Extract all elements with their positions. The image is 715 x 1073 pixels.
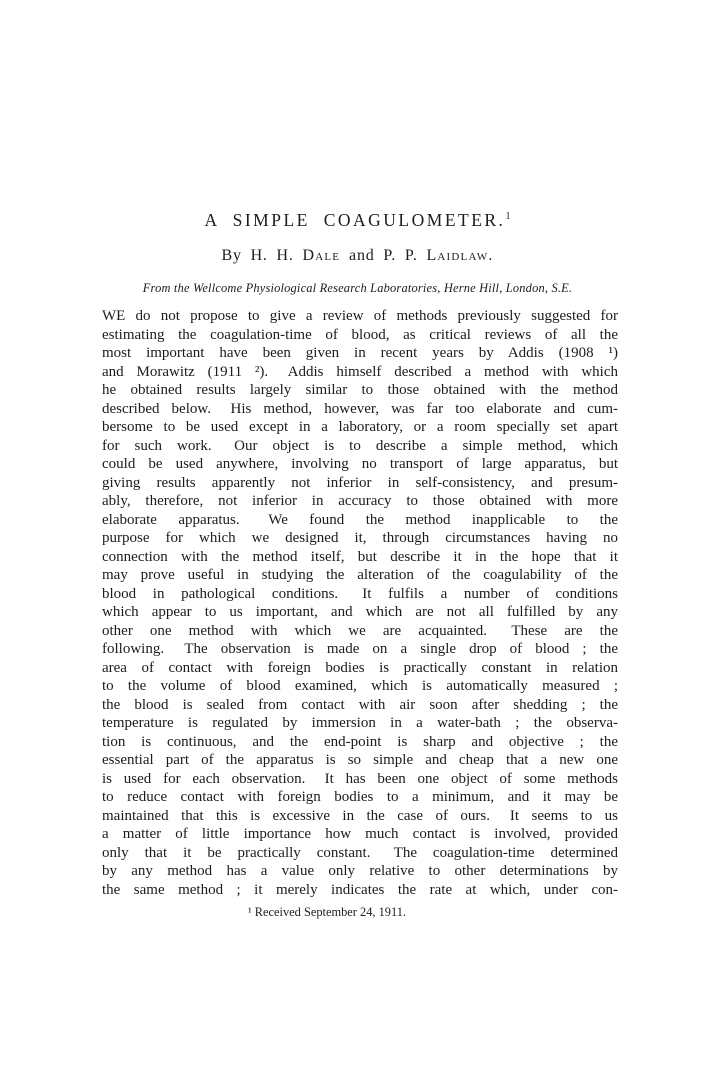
author-surname-1: Dale xyxy=(302,247,340,264)
body-line: and Morawitz (1911 ²). Addis himself des… xyxy=(102,363,618,382)
scanned-paper-page: A SIMPLE COAGULOMETER.1 By H. H. Dale an… xyxy=(0,0,715,1073)
body-line: is used for each observation. It has bee… xyxy=(102,770,618,789)
body-line: temperature is regulated by immersion in… xyxy=(102,714,618,733)
body-line: may prove useful in studying the alterat… xyxy=(102,566,618,585)
article-title-text: A SIMPLE COAGULOMETER. xyxy=(205,210,506,230)
body-line: a matter of little importance how much c… xyxy=(102,825,618,844)
body-line: maintained that this is excessive in the… xyxy=(102,807,618,826)
author-initials-2: P. P. xyxy=(383,247,417,264)
body-line: tion is continuous, and the end-point is… xyxy=(102,733,618,752)
body-line: essential part of the apparatus is so si… xyxy=(102,751,618,770)
body-line: only that it be practically constant. Th… xyxy=(102,844,618,863)
body-line: estimating the coagulation-time of blood… xyxy=(102,326,618,345)
affiliation-line: From the Wellcome Physiological Research… xyxy=(0,281,715,296)
byline: By H. H. Dale and P. P. Laidlaw. xyxy=(0,247,715,265)
body-line: the blood is sealed from contact with ai… xyxy=(102,696,618,715)
body-line: to the volume of blood examined, which i… xyxy=(102,677,618,696)
body-line: ably, therefore, not inferior in accurac… xyxy=(102,492,618,511)
body-line: which appear to us important, and which … xyxy=(102,603,618,622)
body-line: elaborate apparatus. We found the method… xyxy=(102,511,618,530)
body-text: WE do not propose to give a review of me… xyxy=(102,307,618,899)
body-line: area of contact with foreign bodies is p… xyxy=(102,659,618,678)
article-title: A SIMPLE COAGULOMETER.1 xyxy=(0,210,715,231)
body-line: he obtained results largely similar to t… xyxy=(102,381,618,400)
author-initials-1: H. H. xyxy=(251,247,294,264)
title-footnote-marker: 1 xyxy=(505,211,510,222)
body-line: blood in pathological conditions. It ful… xyxy=(102,585,618,604)
body-line: most important have been given in recent… xyxy=(102,344,618,363)
body-line: described below. His method, however, wa… xyxy=(102,400,618,419)
body-line: to reduce contact with foreign bodies to… xyxy=(102,788,618,807)
body-line: could be used anywhere, involving no tra… xyxy=(102,455,618,474)
body-line: the same method ; it merely indicates th… xyxy=(102,881,618,900)
byline-prefix: By xyxy=(221,247,241,264)
author-surname-2: Laidlaw. xyxy=(426,247,493,264)
body-line: giving results apparently not inferior i… xyxy=(102,474,618,493)
footnote: ¹ Received September 24, 1911. xyxy=(102,905,618,920)
body-line: purpose for which we designed it, throug… xyxy=(102,529,618,548)
body-line: WE do not propose to give a review of me… xyxy=(102,307,618,326)
body-line: connection with the method itself, but d… xyxy=(102,548,618,567)
byline-conjunction: and xyxy=(349,247,375,264)
body-line: other one method with which we are acqua… xyxy=(102,622,618,641)
footnote-text: ¹ Received September 24, 1911. xyxy=(248,905,406,919)
body-line: bersome to be used except in a laborator… xyxy=(102,418,618,437)
body-line: following. The observation is made on a … xyxy=(102,640,618,659)
body-line: by any method has a value only relative … xyxy=(102,862,618,881)
body-line: for such work. Our object is to describe… xyxy=(102,437,618,456)
